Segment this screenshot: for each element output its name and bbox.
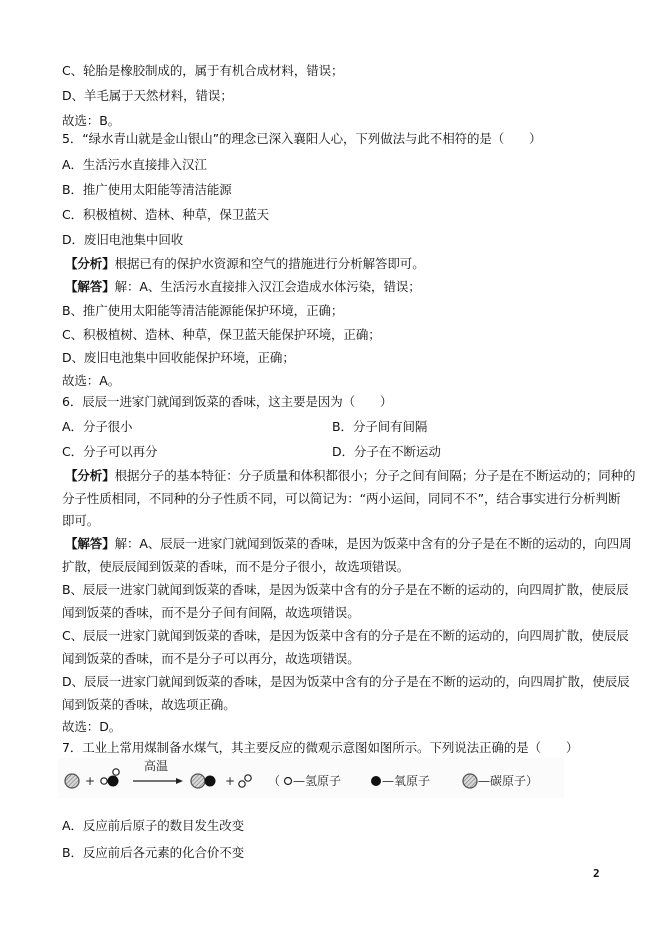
question-6-stem: 6．辰辰一进家门就闻到饭菜的香味，这主要是因为（ ） xyxy=(62,394,392,410)
question-6-answer-line-3: B、辰辰一进家门就闻到饭菜的香味，是因为饭菜中含有的分子是在不断的运动的，向四周… xyxy=(62,582,628,598)
question-5-option-c: C．积极植树、造林、种草，保卫蓝天 xyxy=(62,207,269,223)
answer-line-c: C、轮胎是橡胶制成的，属于有机合成材料，错误； xyxy=(62,63,343,79)
legend-oxygen: —氧原子 xyxy=(382,774,430,788)
document-page: C、轮胎是橡胶制成的，属于有机合成材料，错误； D、羊毛属于天然材料，错误； 故… xyxy=(0,0,661,935)
analysis-text: 根据分子的基本特征：分子质量和体积都很小；分子之间有间隔；分子是在不断运动的；同… xyxy=(115,468,636,483)
answer-choice: 故选：B。 xyxy=(62,113,120,129)
question-5-option-b: B．推广使用太阳能等清洁能源 xyxy=(62,182,232,198)
question-6-option-c: C．分子可以再分 xyxy=(62,444,157,460)
legend-open-paren: （ xyxy=(268,774,280,788)
carbon-atom-legend-icon xyxy=(463,774,477,788)
question-5-stem: 5．“绿水青山就是金山银山”的理念已深入襄阳人心，下列做法与此不相符的是（ ） xyxy=(62,131,541,147)
question-5-analysis: 【分析】根据已有的保护水资源和空气的措施进行分析解答即可。 xyxy=(65,256,425,272)
question-6-answer-line-4: 闻到饭菜的香味，而不是分子间有间隔，故选项错误。 xyxy=(62,605,360,621)
question-5-answer-line-3: C、积极植树、造林、种草，保卫蓝天能保护环境，正确； xyxy=(62,327,381,343)
reaction-arrow-icon xyxy=(133,778,183,784)
question-5-answer-line-1: 【解答】解：A、生活污水直接排入汉江会造成水体污染，错误； xyxy=(65,279,421,295)
question-7-stem: 7．工业上常用煤制备水煤气，其主要反应的微观示意图如图所示。下列说法正确的是（ … xyxy=(62,740,578,756)
question-6-analysis-line-3: 即可。 xyxy=(62,513,99,529)
question-5-option-d: D．废旧电池集中回收 xyxy=(62,232,183,248)
answer-text: 解：A、辰辰一进家门就闻到饭菜的香味，是因为饭菜中含有的分子是在不断的运动的，向… xyxy=(115,536,632,551)
answer-line-d: D、羊毛属于天然材料，错误； xyxy=(62,88,233,104)
carbon-monoxide-molecule-icon xyxy=(191,774,216,788)
analysis-tag: 【分析】 xyxy=(65,468,115,483)
question-6-option-d: D．分子在不断运动 xyxy=(332,444,441,460)
svg-text:+: + xyxy=(225,774,235,788)
hydrogen-molecule-icon xyxy=(239,775,251,787)
reaction-diagram: + 高温 + （ xyxy=(58,758,564,798)
legend-carbon: —碳原子） xyxy=(478,773,538,788)
answer-text: 解：A、生活污水直接排入汉江会造成水体污染，错误； xyxy=(115,279,421,294)
carbon-atom-icon xyxy=(65,774,79,788)
question-6-analysis-line-2: 分子性质相同，不同种的分子性质不同，可以简记为：“两小运间，同同不不”，结合事实… xyxy=(62,491,620,507)
answer-tag: 【解答】 xyxy=(65,279,115,294)
question-6-answer-line-2: 扩散，使辰辰闻到饭菜的香味，而不是分子很小，故选项错误。 xyxy=(62,559,409,575)
page-number: 2 xyxy=(593,867,600,880)
question-6-answer-line-1: 【解答】解：A、辰辰一进家门就闻到饭菜的香味，是因为饭菜中含有的分子是在不断的运… xyxy=(65,536,631,552)
question-6-analysis-line-1: 【分析】根据分子的基本特征：分子质量和体积都很小；分子之间有间隔；分子是在不断运… xyxy=(65,468,635,484)
question-6-answer-line-6: 闻到饭菜的香味，而不是分子可以再分，故选项错误。 xyxy=(62,651,360,667)
legend-hydrogen: —氢原子 xyxy=(293,774,341,788)
water-molecule-icon xyxy=(101,769,119,787)
question-6-option-b: B．分子间有间隔 xyxy=(332,419,427,435)
svg-text:+: + xyxy=(85,774,95,788)
question-7-option-a: A．反应前后原子的数目发生改变 xyxy=(62,818,244,834)
question-5-answer-choice: 故选：A。 xyxy=(62,373,120,389)
answer-tag: 【解答】 xyxy=(65,536,115,551)
reaction-condition: 高温 xyxy=(144,758,168,773)
hydrogen-atom-legend-icon xyxy=(285,778,292,785)
question-5-answer-line-4: D、废旧电池集中回收能保护环境，正确； xyxy=(62,350,295,366)
question-6-answer-choice: 故选：D。 xyxy=(62,719,121,735)
question-6-answer-line-8: 闻到饭菜的香味，故选项正确。 xyxy=(62,697,236,713)
question-7-option-b: B．反应前后各元素的化合价不变 xyxy=(62,845,244,861)
question-6-answer-line-5: C、辰辰一进家门就闻到饭菜的香味，是因为饭菜中含有的分子是在不断的运动的，向四周… xyxy=(62,628,629,644)
analysis-text: 根据已有的保护水资源和空气的措施进行分析解答即可。 xyxy=(115,256,425,271)
oxygen-atom-legend-icon xyxy=(371,776,381,786)
question-5-answer-line-2: B、推广使用太阳能等清洁能源能保护环境，正确； xyxy=(62,303,343,319)
question-5-option-a: A．生活污水直接排入汉江 xyxy=(62,157,207,173)
analysis-tag: 【分析】 xyxy=(65,256,115,271)
question-6-option-a: A．分子很小 xyxy=(62,419,132,435)
question-6-answer-line-7: D、辰辰一进家门就闻到饭菜的香味，是因为饭菜中含有的分子是在不断的运动的，向四周… xyxy=(62,674,630,690)
